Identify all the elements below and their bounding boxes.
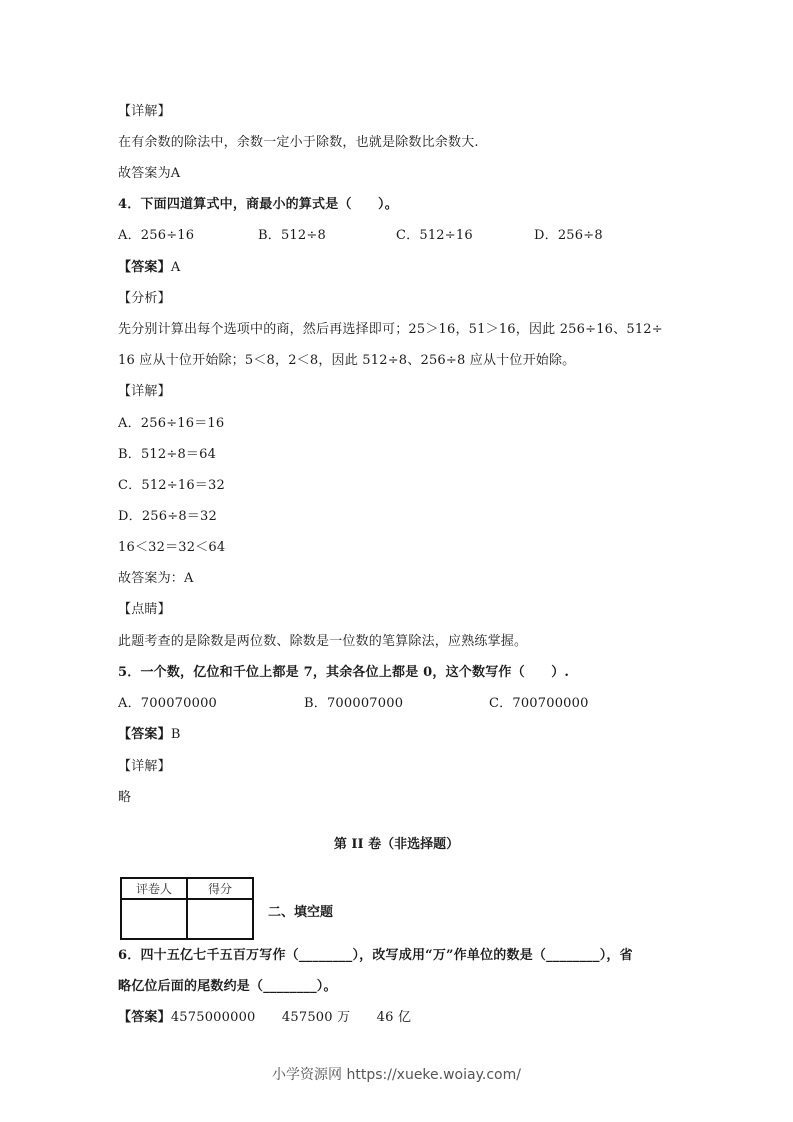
detail-line-3: C．512÷16＝32 (118, 478, 225, 494)
section-title: 第 II 卷（非选择题） (0, 837, 793, 853)
detail-line-1: A．256÷16＝16 (118, 416, 224, 432)
footer-watermark: 小学资源网 https://xueke.woiay.com/ (0, 1064, 793, 1084)
analysis-line-2: 16 应从十位开始除；5＜8，2＜8，因此 512÷8、256÷8 应从十位开始… (118, 353, 575, 369)
detail-line-5: 16＜32＝32＜64 (118, 540, 225, 556)
option-c: C．512÷16 (396, 228, 473, 244)
answer-line: 【答案】B (118, 727, 181, 743)
grader-cell (121, 899, 187, 939)
option-b: B．700007000 (304, 696, 403, 712)
tip-text: 此题考查的是除数是两位数、除数是一位数的笔算除法，应熟练掌握。 (118, 634, 527, 650)
detail-line-6: 故答案为：A (118, 571, 194, 587)
question-4-stem: 4．下面四道算式中，商最小的算式是（ ）。 (118, 197, 398, 213)
detail-label: 【详解】 (118, 759, 171, 775)
answer-line: 【答案】4575000000 457500 万 46 亿 (118, 1010, 411, 1026)
answer-label: 【答案】 (118, 727, 171, 742)
score-header: 得分 (187, 878, 253, 899)
grader-header: 评卷人 (121, 878, 187, 899)
tip-label: 【点睛】 (118, 602, 171, 618)
detail-line-2: B．512÷8＝64 (118, 447, 216, 463)
answer-value: 4575000000 457500 万 46 亿 (171, 1010, 411, 1025)
question-6-stem-line-2: 略亿位后面的尾数约是（________）。 (118, 979, 337, 995)
grader-table: 评卷人 得分 (120, 877, 254, 940)
conclusion-text: 故答案为A (118, 166, 180, 182)
option-d: D．256÷8 (534, 228, 603, 244)
option-a: A．700070000 (118, 696, 217, 712)
analysis-line-1: 先分别计算出每个选项中的商，然后再选择即可；25＞16，51＞16，因此 256… (118, 322, 663, 338)
detail-label: 【详解】 (118, 104, 171, 120)
question-6-stem-line-1: 6．四十五亿七千五百万写作（________），改写成用“万”作单位的数是（__… (118, 948, 633, 964)
section-heading: 二、填空题 (268, 901, 333, 920)
option-a: A．256÷16 (118, 228, 194, 244)
answer-line: 【答案】A (118, 260, 180, 276)
option-c: C．700700000 (489, 696, 589, 712)
answer-label: 【答案】 (118, 260, 171, 275)
option-b: B．512÷8 (258, 228, 326, 244)
detail-label: 【详解】 (118, 384, 171, 400)
answer-value: A (171, 260, 181, 275)
detail-text: 略 (118, 790, 131, 806)
score-cell (187, 899, 253, 939)
detail-line-4: D．256÷8＝32 (118, 509, 217, 525)
answer-label: 【答案】 (118, 1010, 171, 1025)
detail-text: 在有余数的除法中，余数一定小于除数，也就是除数比余数大. (118, 135, 479, 151)
answer-value: B (171, 727, 181, 742)
analysis-label: 【分析】 (118, 291, 171, 307)
question-5-stem: 5．一个数，亿位和千位上都是 7，其余各位上都是 0，这个数写作（ ）. (118, 665, 569, 681)
